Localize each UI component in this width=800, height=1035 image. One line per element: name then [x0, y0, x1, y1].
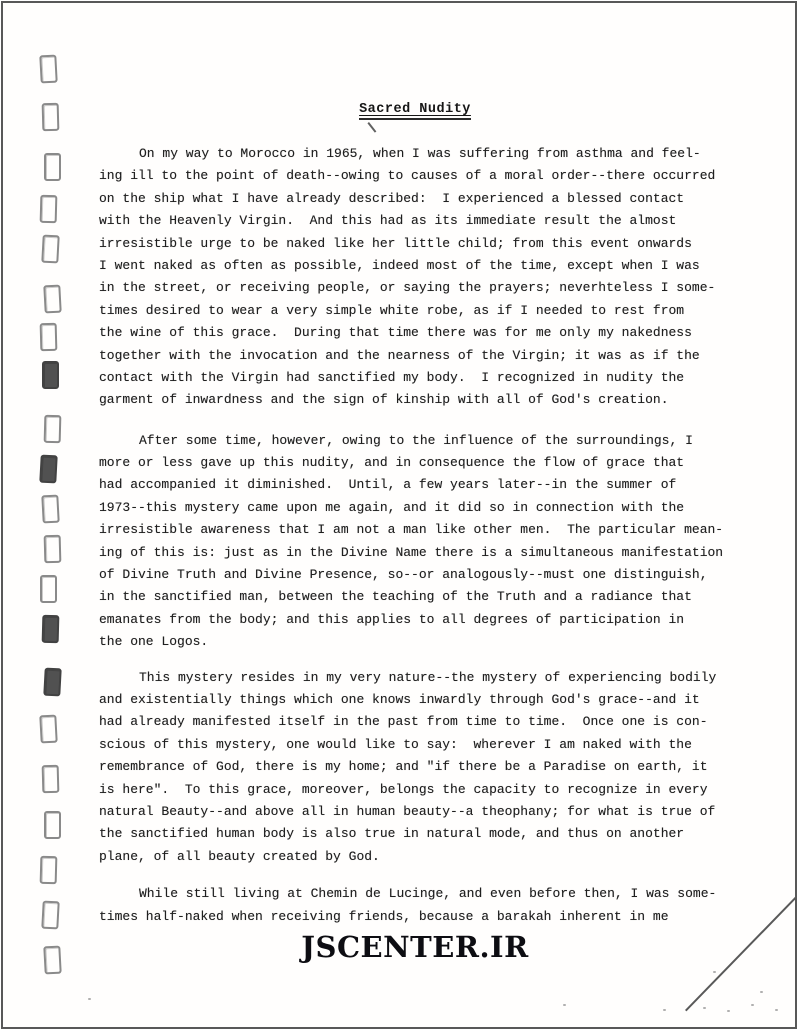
paragraph-line: On my way to Morocco in 1965, when I was…	[99, 143, 731, 165]
paragraph-line: had already manifested itself in the pas…	[99, 711, 731, 733]
dust-speck	[727, 1010, 730, 1012]
title-row: Sacred Nudity	[99, 3, 731, 118]
watermark-text: JSCENTER.IR	[99, 930, 731, 964]
paragraph-line: emanates from the body; and this applies…	[99, 609, 731, 631]
binder-hole-mark	[40, 856, 58, 884]
binder-hole-mark	[44, 415, 62, 443]
binder-hole-mark	[42, 615, 60, 643]
paragraph-line: is here". To this grace, moreover, belon…	[99, 779, 731, 801]
paragraph-line: garment of inwardness and the sign of ki…	[99, 389, 731, 411]
paragraph-line: remembrance of God, there is my home; an…	[99, 756, 731, 778]
paragraph-line: with the Heavenly Virgin. And this had a…	[99, 210, 731, 232]
paragraph-line: While still living at Chemin de Lucinge,…	[99, 883, 731, 905]
paragraph-line: times desired to wear a very simple whit…	[99, 300, 731, 322]
dust-speck	[713, 971, 716, 973]
binder-hole-mark	[41, 495, 59, 524]
dust-speck	[663, 1009, 666, 1011]
dust-speck	[760, 991, 763, 993]
binder-hole-mark	[39, 55, 57, 84]
paragraph-line: contact with the Virgin had sanctified m…	[99, 367, 731, 389]
binder-hole-mark	[43, 668, 61, 697]
paragraph-line: natural Beauty--and above all in human b…	[99, 801, 731, 823]
binder-hole-mark	[44, 153, 61, 181]
paragraph-line: together with the invocation and the nea…	[99, 345, 731, 367]
paragraph-line: plane, of all beauty created by God.	[99, 846, 731, 868]
binder-hole-mark	[44, 535, 62, 563]
binder-hole-mark	[44, 811, 61, 839]
binder-hole-mark	[39, 455, 57, 484]
paragraph: While still living at Chemin de Lucinge,…	[99, 883, 731, 928]
paragraph-line: in the street, or receiving people, or s…	[99, 277, 731, 299]
paragraph: This mystery resides in my very nature--…	[99, 667, 731, 869]
paragraph-line: times half-naked when receiving friends,…	[99, 906, 731, 928]
paragraph-line: of Divine Truth and Divine Presence, so-…	[99, 564, 731, 586]
paragraph: On my way to Morocco in 1965, when I was…	[99, 143, 731, 412]
paragraph-line: After some time, however, owing to the i…	[99, 430, 731, 452]
paragraph-line: This mystery resides in my very nature--…	[99, 667, 731, 689]
binder-hole-mark	[42, 361, 59, 389]
paragraph-line: had accompanied it diminished. Until, a …	[99, 474, 731, 496]
paragraph-line: the sanctified human body is also true i…	[99, 823, 731, 845]
paragraph-line: and existentially things which one knows…	[99, 689, 731, 711]
paragraph-line: ing of this is: just as in the Divine Na…	[99, 542, 731, 564]
binder-hole-mark	[42, 103, 60, 131]
binder-hole-mark	[43, 285, 61, 314]
paragraph-line: irresistible urge to be naked like her l…	[99, 233, 731, 255]
dust-speck	[563, 1004, 566, 1006]
paragraph-line: scious of this mystery, one would like t…	[99, 734, 731, 756]
scanned-document-page: Sacred Nudity On my way to Morocco in 19…	[1, 1, 797, 1029]
dust-speck	[751, 1004, 754, 1006]
binder-hole-mark	[41, 901, 59, 930]
page-title: Sacred Nudity	[359, 102, 471, 120]
paragraph-line: the wine of this grace. During that time…	[99, 322, 731, 344]
paragraph-line: ing ill to the point of death--owing to …	[99, 165, 731, 187]
document-body: Sacred Nudity On my way to Morocco in 19…	[99, 3, 731, 964]
paragraph-line: more or less gave up this nudity, and in…	[99, 452, 731, 474]
paragraph: After some time, however, owing to the i…	[99, 430, 731, 654]
paragraph-line: I went naked as often as possible, indee…	[99, 255, 731, 277]
dust-speck	[88, 998, 91, 1000]
dust-speck	[703, 1007, 706, 1009]
binder-hole-mark	[43, 946, 61, 975]
binder-hole-mark	[40, 575, 57, 603]
paragraph-line: in the sanctified man, between the teach…	[99, 586, 731, 608]
dust-speck	[775, 1009, 778, 1011]
binder-hole-mark	[40, 323, 58, 351]
paragraph-line: the one Logos.	[99, 631, 731, 653]
paragraph-line: 1973--this mystery came upon me again, a…	[99, 497, 731, 519]
paragraph-line: irresistible awareness that I am not a m…	[99, 519, 731, 541]
document-paragraphs: On my way to Morocco in 1965, when I was…	[99, 143, 731, 928]
binder-hole-mark	[40, 195, 58, 223]
paragraph-line: on the ship what I have already describe…	[99, 188, 731, 210]
binder-hole-mark	[42, 765, 60, 793]
binder-hole-mark	[41, 235, 59, 264]
binder-hole-mark	[39, 715, 57, 744]
